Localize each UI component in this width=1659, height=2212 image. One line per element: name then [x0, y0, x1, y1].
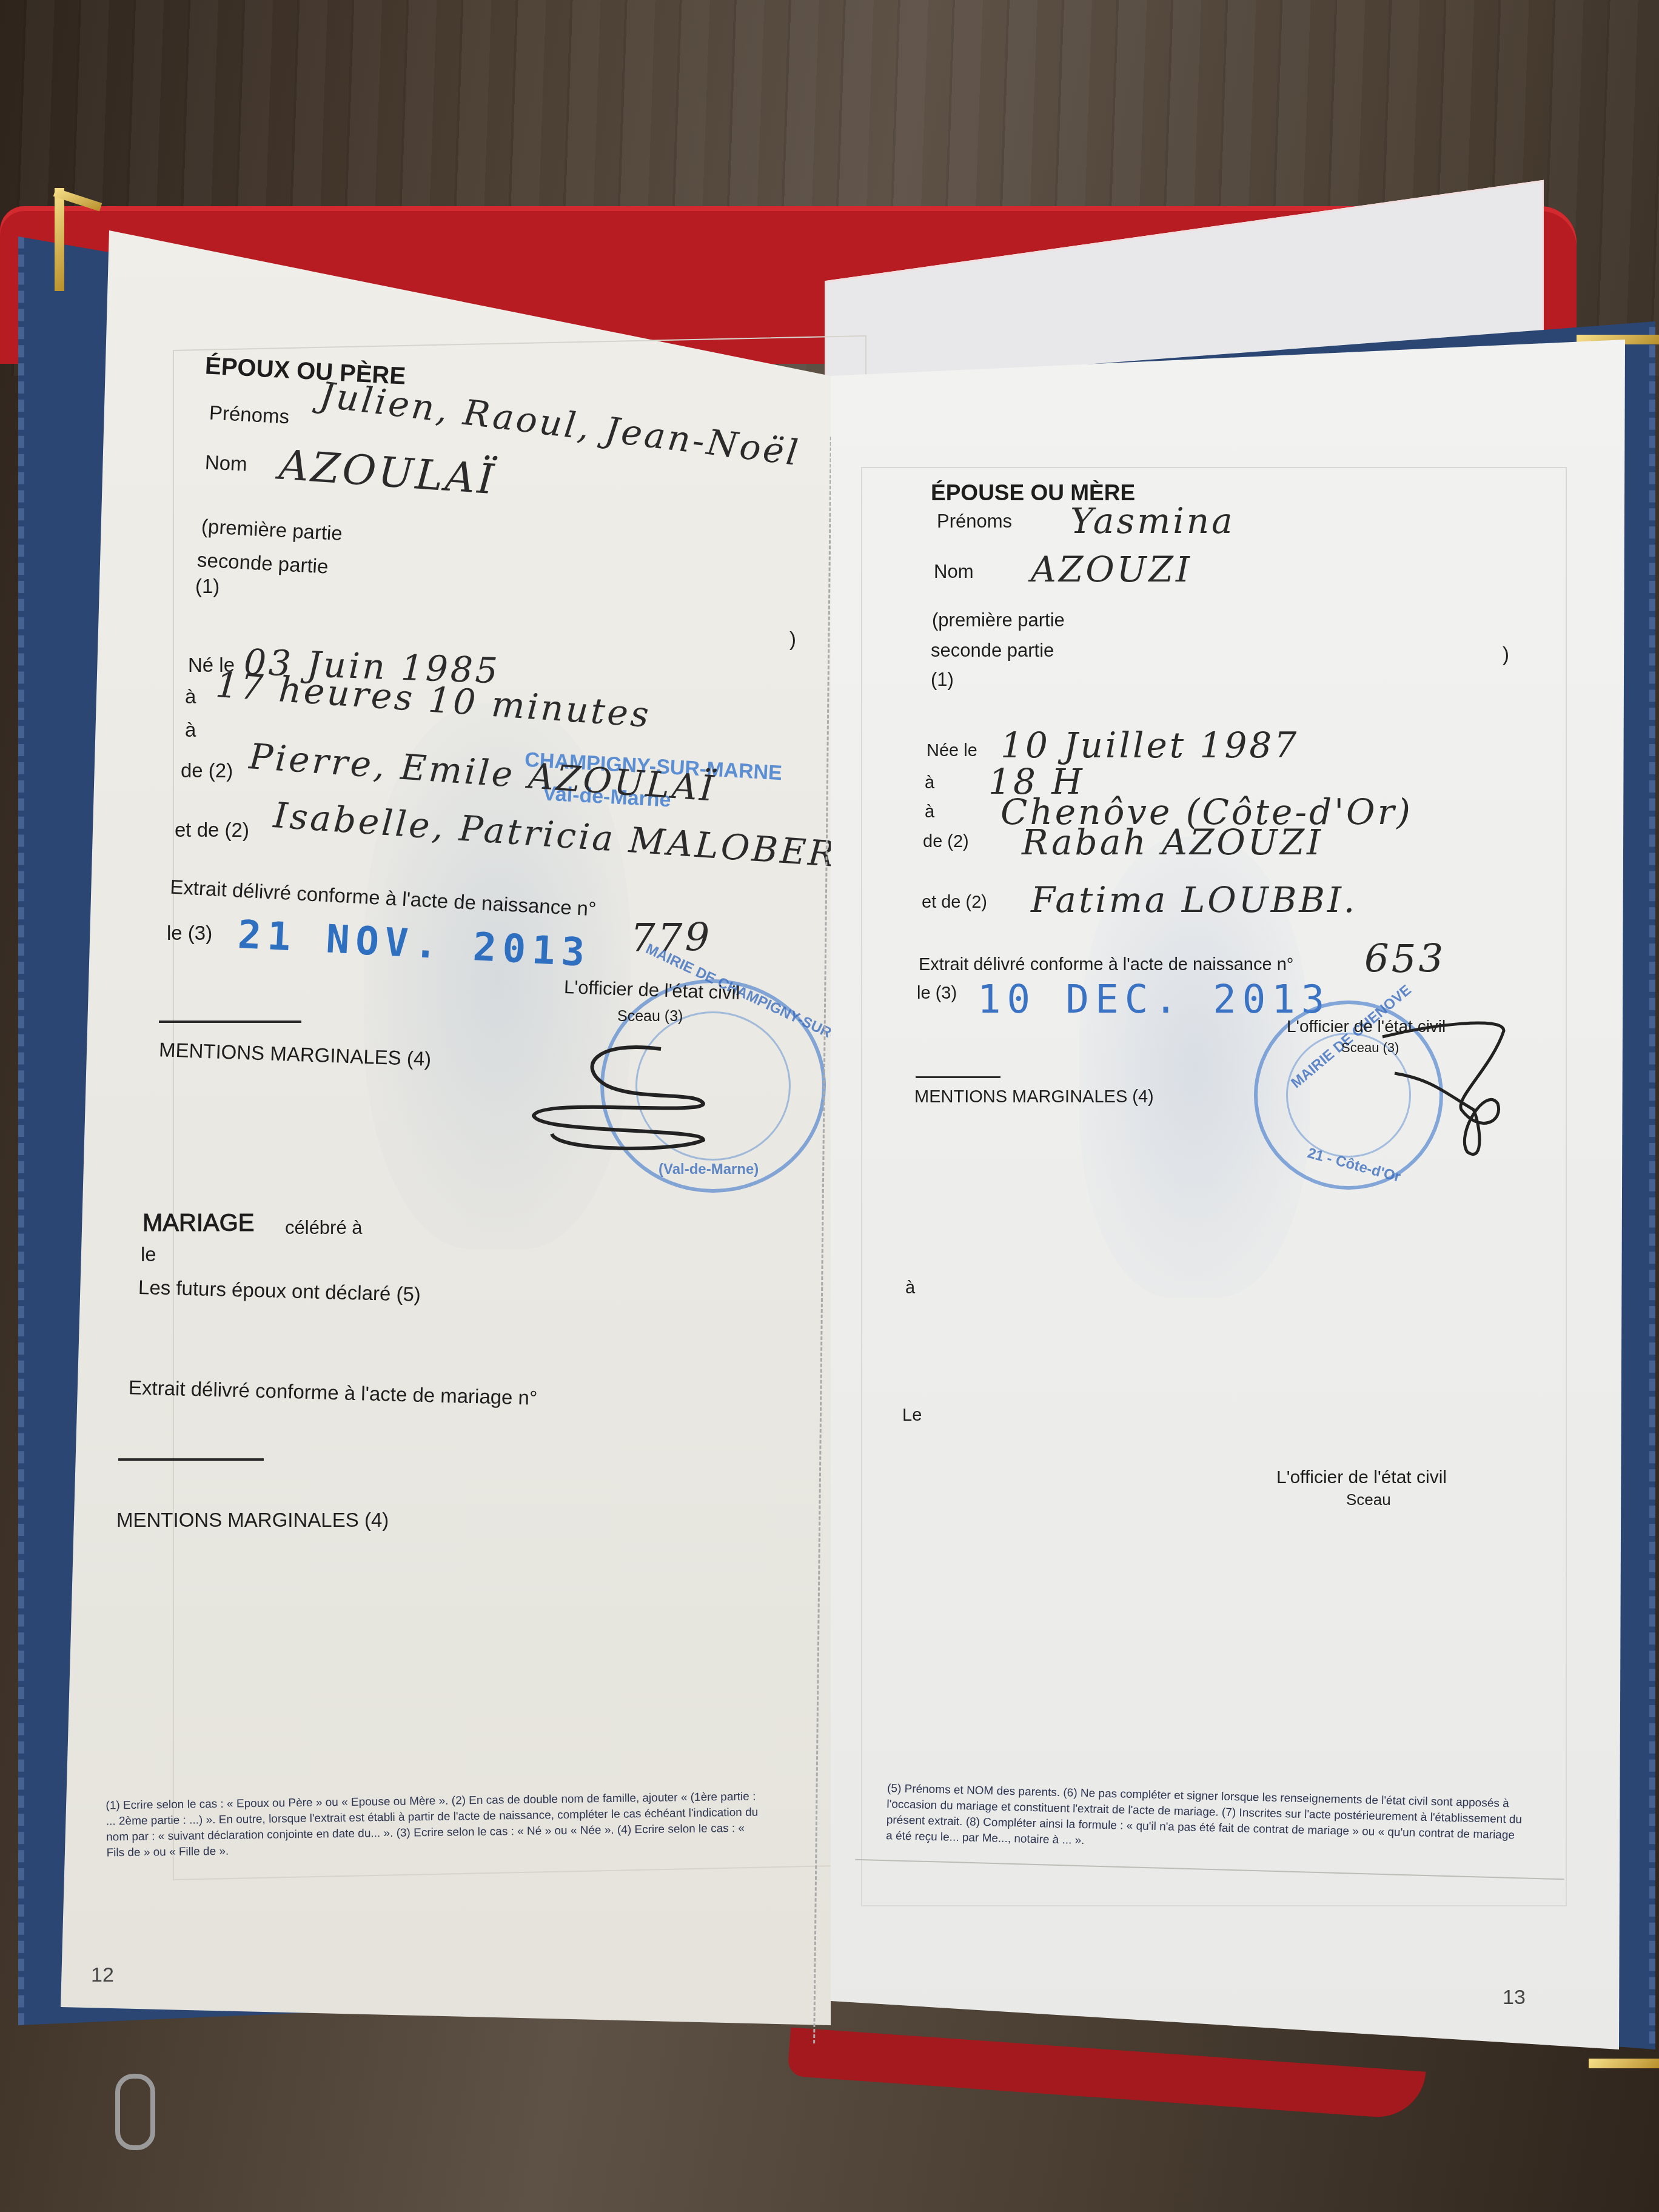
- right-nee-le-label: Née le: [927, 741, 977, 761]
- right-le-label: le (3): [917, 984, 957, 1004]
- right-mentions-rule: [916, 1076, 1000, 1078]
- right-issue-date-stamp: 10 DEC. 2013: [977, 977, 1330, 1022]
- left-sceau-label: Sceau (3): [617, 1008, 683, 1025]
- right-seconde-partie-label: seconde partie: [931, 640, 1054, 662]
- left-a-lieu-label: à: [185, 719, 196, 742]
- right-nom-label: Nom: [934, 561, 973, 583]
- right-premiere-partie-label: (première partie: [932, 609, 1065, 631]
- right-mentions-label: MENTIONS MARGINALES (4): [914, 1087, 1154, 1107]
- right-et-de-label: et de (2): [922, 893, 987, 913]
- mariage-mentions-rule: [118, 1458, 264, 1461]
- left-note-1: (1): [195, 575, 220, 598]
- right-note-1: (1): [931, 669, 954, 691]
- right-sceau2-label: Sceau: [1346, 1490, 1391, 1509]
- left-nom-label: Nom: [204, 451, 248, 476]
- right-et-de-value: Fatima LOUBBI.: [1031, 879, 1357, 920]
- brass-corner-top-left: [55, 188, 64, 291]
- mariage-le-label: le: [141, 1243, 156, 1266]
- right-nom-value: AZOUZI: [1031, 549, 1192, 590]
- mariage-celebre-label: célébré à: [285, 1217, 363, 1239]
- left-mentions-rule: [159, 1021, 301, 1023]
- right-de-value: Rabah AZOUZI: [1022, 822, 1323, 863]
- left-prenoms-label: Prénoms: [209, 401, 290, 429]
- mariage-mentions-label: MENTIONS MARGINALES (4): [116, 1509, 389, 1532]
- right-prenoms-value: Yasmina: [1070, 500, 1235, 541]
- right-nee-le-value: 10 Juillet 1987: [1000, 725, 1299, 766]
- left-closing-paren: ): [789, 628, 796, 651]
- right-page-number: 13: [1503, 1986, 1526, 2009]
- right-mariage-le-label: Le: [902, 1406, 922, 1426]
- right-de-label: de (2): [923, 832, 969, 852]
- mariage-heading: MARIAGE: [142, 1210, 254, 1237]
- right-prenoms-label: Prénoms: [937, 511, 1012, 532]
- zipper-ring: [115, 2074, 155, 2150]
- right-closing-paren: ): [1503, 643, 1509, 666]
- left-officer-signature: [521, 1043, 722, 1152]
- right-a-lieu-label: à: [925, 802, 934, 822]
- right-mariage-a-label: à: [905, 1278, 915, 1298]
- left-de-label: de (2): [181, 759, 233, 782]
- red-wallet-edge: [787, 2027, 1426, 2120]
- right-extrait-number: 653: [1364, 937, 1446, 982]
- left-et-de-label: et de (2): [175, 819, 249, 842]
- right-officier2-label: L'officier de l'état civil: [1276, 1467, 1447, 1488]
- brass-corner-bottom-right: [1589, 2059, 1659, 2068]
- left-page-number: 12: [91, 1963, 114, 1987]
- right-extrait-label: Extrait délivré conforme à l'acte de nai…: [919, 955, 1293, 975]
- right-officer-signature: [1382, 1019, 1516, 1164]
- left-le-label: le (3): [167, 922, 212, 945]
- left-a-heure-label: à: [185, 685, 196, 708]
- left-footnote: (1) Ecrire selon le cas : « Epoux ou Pèr…: [106, 1789, 761, 1861]
- right-a-heure-label: à: [925, 773, 934, 793]
